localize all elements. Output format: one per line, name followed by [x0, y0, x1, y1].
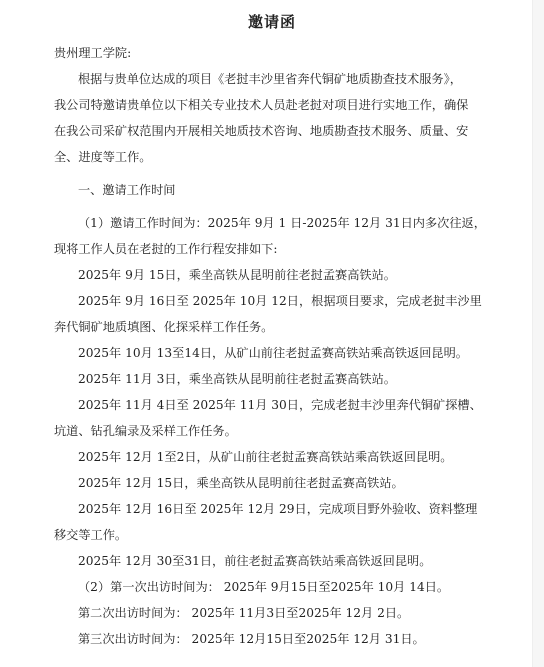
section-heading: 一、邀请工作时间 [78, 182, 176, 198]
intro-line-2: 我公司特邀请贵单位以下相关专业技术人员赴老挝对项目进行实地工作，确保 [54, 97, 468, 113]
schedule-entry-7: 2025年 12月 15日，乘坐高铁从昆明前往老挝孟赛高铁站。 [78, 475, 404, 491]
schedule-entry-5: 2025年 11月 4日至 2025年 11月 30日，完成老挝丰沙里奔代铜矿探… [78, 397, 482, 413]
schedule-entry-2: 2025年 9月 16日至 2025年 10月 12日，根据项目要求，完成老挝丰… [78, 293, 482, 309]
schedule-entry-4: 2025年 11月 3日，乘坐高铁从昆明前往老挝孟赛高铁站。 [78, 371, 396, 387]
intro-line-4: 全、进度等工作。 [54, 149, 152, 165]
visit-3: 第三次出访时间为： 2025年 12月15日至2025年 12月 31日。 [78, 631, 425, 647]
document-title: 邀请函 [0, 11, 544, 32]
item1-line-1: （1）邀请工作时间为：2025年 9月 1 日-2025年 12月 31日内多次… [78, 215, 486, 231]
visit-2: 第二次出访时间为： 2025年 11月3日至2025年 12月 2日。 [78, 605, 409, 621]
page-edge [532, 0, 544, 667]
schedule-entry-8: 2025年 12月 16日至 2025年 12月 29日，完成项目野外验收、资料… [78, 501, 477, 517]
schedule-entry-5-cont: 坑道、钻孔编录及采样工作任务。 [54, 423, 237, 439]
schedule-entry-9: 2025年 12月 30至31日，前往老挝孟赛高铁站乘高铁返回昆明。 [78, 553, 431, 569]
schedule-entry-1: 2025年 9月 15日，乘坐高铁从昆明前往老挝孟赛高铁站。 [78, 267, 396, 283]
schedule-entry-2-cont: 奔代铜矿地质填图、化探采样工作任务。 [54, 319, 273, 335]
visit-1: （2）第一次出访时间为： 2025年 9月15日至2025年 10月 14日。 [78, 579, 449, 595]
schedule-entry-3: 2025年 10月 13至14日，从矿山前往老挝孟赛高铁站乘高铁返回昆明。 [78, 345, 468, 361]
intro-line-1: 根据与贵单位达成的项目《老挝丰沙里省奔代铜矿地质勘查技术服务》， [78, 71, 462, 87]
intro-line-3: 在我公司采矿权范围内开展相关地质技术咨询、地质勘查技术服务、质量、安 [54, 123, 468, 139]
salutation: 贵州理工学院: [54, 45, 131, 61]
schedule-entry-6: 2025年 12月 1至2日，从矿山前往老挝孟赛高铁站乘高铁返回昆明。 [78, 449, 452, 465]
item1-line-2: 现将工作人员在老挝的工作行程安排如下: [54, 241, 277, 257]
schedule-entry-8-cont: 移交等工作。 [54, 527, 127, 543]
